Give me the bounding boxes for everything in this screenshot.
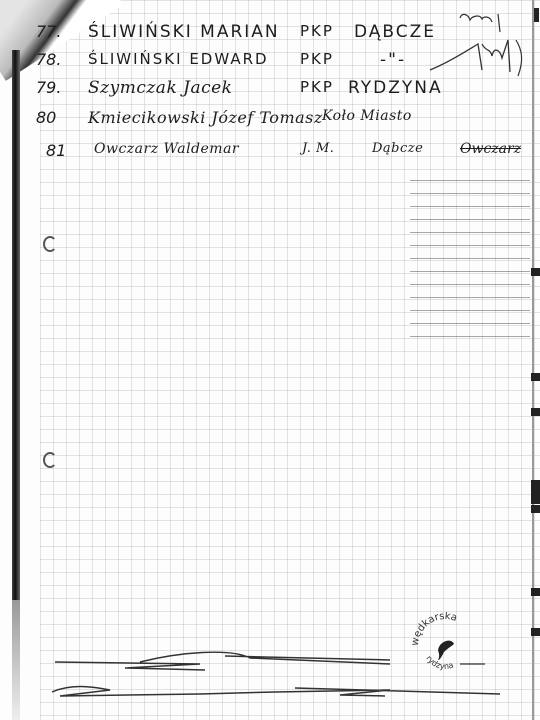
- punch-hole-mark: [43, 236, 57, 252]
- entry-number: 78.: [36, 50, 61, 69]
- entry-organization: PKP: [300, 50, 334, 68]
- entry-name: ŚLIWIŃSKI EDWARD: [88, 50, 269, 68]
- entry-signature: Owczarz: [460, 141, 521, 157]
- binding-edge: [12, 50, 20, 610]
- scanned-page: 77. ŚLIWIŃSKI MARIAN PKP DĄBCZE 78. ŚLIW…: [0, 0, 540, 720]
- entry-organization: PKP: [300, 78, 334, 96]
- entry-name: ŚLIWIŃSKI MARIAN: [88, 22, 280, 42]
- entry-organization: PKP: [300, 22, 334, 40]
- entry-name: Kmiecikowski Józef Tomasz: [88, 108, 323, 127]
- crossing-out-strokes: [0, 640, 540, 710]
- entry-number: 80: [36, 108, 56, 127]
- entry-place: RYDZYNA: [348, 78, 443, 98]
- entry-number: 79.: [36, 78, 61, 97]
- grid-lines-dense: [410, 180, 530, 340]
- entry-number: 81: [46, 141, 66, 160]
- entry-number: 77.: [36, 22, 61, 41]
- entry-name: Szymczak Jacek: [88, 78, 232, 98]
- list-entry: 79. Szymczak Jacek PKP RYDZYNA: [0, 78, 540, 102]
- entry-organization: Koło Miasto: [322, 108, 412, 124]
- entry-place: Dąbcze: [372, 141, 423, 156]
- entry-organization: J. M.: [302, 141, 334, 156]
- entry-name: Owczarz Waldemar: [94, 141, 239, 157]
- list-entry: 81 Owczarz Waldemar J. M. Dąbcze Owczarz: [0, 141, 540, 165]
- handwritten-signature: [420, 10, 530, 80]
- list-entry: 80 Kmiecikowski Józef Tomasz Koło Miasto: [0, 108, 540, 132]
- entry-place: -"-: [380, 50, 406, 70]
- punch-hole-mark: [43, 452, 57, 468]
